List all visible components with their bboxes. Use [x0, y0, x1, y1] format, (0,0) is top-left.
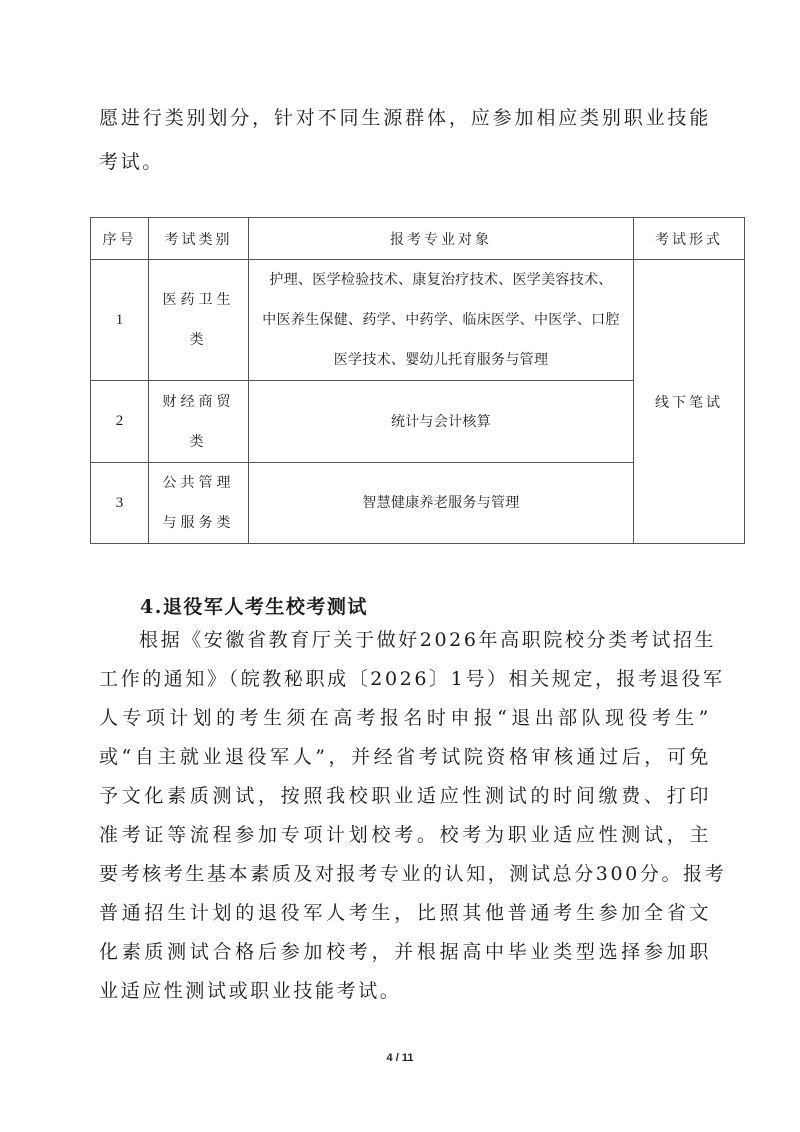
category-line: 与服务类 — [149, 503, 248, 543]
paragraph-line: 工作的通知》（皖教秘职成〔2026〕1号）相关规定，报考退役军 — [99, 665, 711, 693]
paragraph-line: 人专项计划的考生须在高考报名时申报“退出部队现役考生” — [99, 704, 711, 732]
row-no: 3 — [91, 463, 149, 544]
row-majors: 统计与会计核算 — [249, 381, 634, 463]
majors-line: 医学技术、婴幼儿托育服务与管理 — [249, 340, 633, 380]
header-majors: 报考专业对象 — [249, 218, 634, 260]
header-exam-form: 考试形式 — [634, 218, 745, 260]
majors-line: 中医养生保健、药学、中药学、临床医学、中医学、口腔 — [249, 300, 633, 340]
paragraph-line: 根据《安徽省教育厅关于做好2026年高职院校分类考试招生 — [139, 626, 716, 654]
section-heading: 4.退役军人考生校考测试 — [140, 592, 368, 619]
intro-line: 愿进行类别划分，针对不同生源群体，应参加相应类别职业技能 — [99, 104, 711, 132]
exam-form-text: 线下笔试 — [655, 395, 723, 411]
paragraph-line: 业适应性测试或职业技能考试。 — [99, 977, 401, 1005]
row-category: 公共管理 与服务类 — [149, 463, 249, 544]
intro-line: 考试。 — [99, 148, 164, 176]
row-no: 2 — [91, 381, 149, 463]
category-line: 类 — [149, 320, 248, 360]
majors-line: 智慧健康养老服务与管理 — [249, 483, 633, 523]
row-majors: 护理、医学检验技术、康复治疗技术、医学美容技术、 中医养生保健、药学、中药学、临… — [249, 260, 634, 381]
paragraph-line: 化素质测试合格后参加校考，并根据高中毕业类型选择参加职 — [99, 938, 711, 966]
table-row: 1 医药卫生 类 护理、医学检验技术、康复治疗技术、医学美容技术、 中医养生保健… — [91, 260, 745, 381]
table-header-row: 序号 考试类别 报考专业对象 考试形式 — [91, 218, 745, 260]
majors-line: 护理、医学检验技术、康复治疗技术、医学美容技术、 — [249, 260, 633, 300]
category-line: 医药卫生 — [149, 280, 248, 320]
paragraph-line: 或“自主就业退役军人”，并经省考试院资格审核通过后，可免 — [99, 743, 711, 771]
row-majors: 智慧健康养老服务与管理 — [249, 463, 634, 544]
page-indicator: 4 / 11 — [0, 1052, 800, 1064]
paragraph-line: 普通招生计划的退役军人考生，比照其他普通考生参加全省文 — [99, 899, 711, 927]
paragraph-line: 要考核考生基本素质及对报考专业的认知，测试总分300分。报考 — [99, 860, 711, 888]
header-category: 考试类别 — [149, 218, 249, 260]
row-no: 1 — [91, 260, 149, 381]
category-line: 公共管理 — [149, 463, 248, 503]
row-category: 医药卫生 类 — [149, 260, 249, 381]
category-line: 财经商贸 — [149, 382, 248, 422]
majors-line: 统计与会计核算 — [249, 402, 633, 442]
header-no: 序号 — [91, 218, 149, 260]
row-category: 财经商贸 类 — [149, 381, 249, 463]
exam-form-cell: 线下笔试 — [634, 260, 745, 544]
paragraph-line: 予文化素质测试，按照我校职业适应性测试的时间缴费、打印 — [99, 782, 711, 810]
paragraph-line: 准考证等流程参加专项计划校考。校考为职业适应性测试，主 — [99, 821, 711, 849]
category-line: 类 — [149, 422, 248, 462]
exam-category-table: 序号 考试类别 报考专业对象 考试形式 1 医药卫生 类 护理、医学检验技术、康… — [90, 217, 745, 544]
